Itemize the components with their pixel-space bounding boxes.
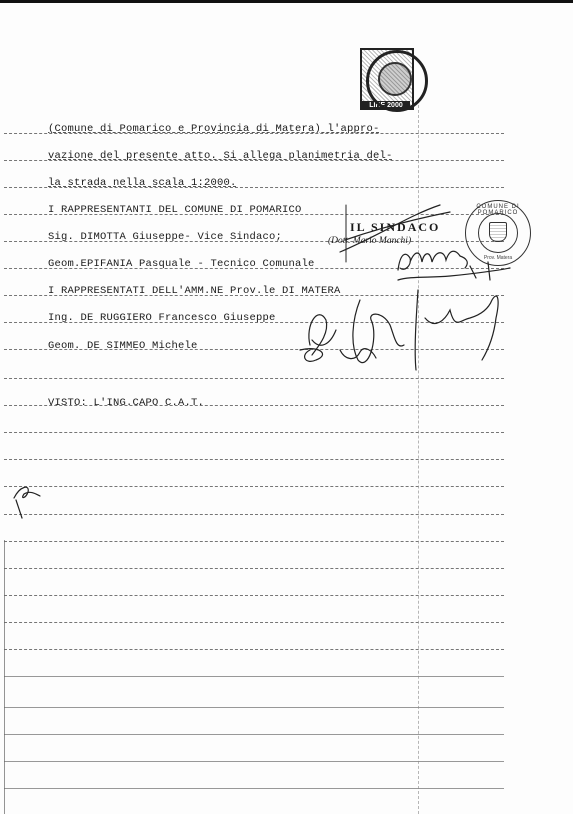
coat-of-arms-icon: [489, 222, 507, 242]
comune-heading: I RAPPRESENTANTI DEL COMUNE DI POMARICO: [48, 204, 302, 216]
provincia-heading: I RAPPRESENTATI DELL'AMM.NE Prov.le DI M…: [48, 285, 341, 297]
comune-rep-line: Geom.EPIFANIA Pasquale - Tecnico Comunal…: [48, 258, 315, 270]
sindaco-stamp-title: IL SINDACO: [350, 220, 440, 235]
municipal-seal: COMUNE DI POMARICO Prov. Matera: [465, 200, 531, 266]
revenue-stamp: LIRE 2000: [360, 48, 418, 112]
left-edge-line: [4, 540, 5, 814]
visto-line: VISTO: L'ING.CAPO C.A.T.: [48, 397, 204, 409]
ruled-line: [4, 486, 504, 487]
postmark-center: [378, 62, 412, 96]
ruled-line: [4, 788, 504, 789]
ruled-line: [4, 568, 504, 569]
seal-bottom-text: Prov. Matera: [466, 255, 530, 261]
sindaco-stamp-name: (Dott. Mario Manchi): [328, 236, 411, 246]
ruled-line: [4, 761, 504, 762]
ruled-line: [4, 676, 504, 677]
provincia-rep-line: Geom. DE SIMMEO Michele: [48, 340, 198, 352]
ruled-line: [4, 514, 504, 515]
ruled-line: [4, 707, 504, 708]
provincia-rep-line: Ing. DE RUGGIERO Francesco Giuseppe: [48, 312, 276, 324]
ruled-line: [4, 595, 504, 596]
body-line: vazione del presente atto. Si allega pla…: [48, 150, 393, 162]
ruled-line: [4, 541, 504, 542]
comune-rep-line: Sig. DIMOTTA Giuseppe- Vice Sindaco;: [48, 231, 282, 243]
body-line: (Comune di Pomarico e Provincia di Mater…: [48, 123, 380, 135]
ruled-line: [4, 622, 504, 623]
ruled-line: [4, 432, 504, 433]
ruled-line: [4, 649, 504, 650]
ruled-line: [4, 378, 504, 379]
vertical-margin-line: [418, 100, 419, 814]
body-line: la strada nella scala 1:2000.: [48, 177, 237, 189]
ruled-line: [4, 459, 504, 460]
ruled-line: [4, 734, 504, 735]
